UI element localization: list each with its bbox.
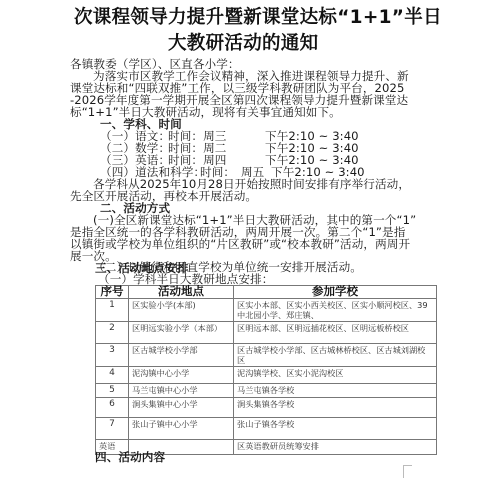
row-schools: 区实小本部、区实小西关校区、区实小顺河校区、39中北园小学、郑庄镇、 xyxy=(234,299,437,322)
row-schools: 区英语教研员统筹安排 xyxy=(234,440,437,455)
row-schools: 涧头集镇各学校 xyxy=(234,398,437,418)
row-schools: 区古城学校小学部、区古城林桥校区、区古城刘湖校区 xyxy=(234,344,437,367)
row-site: 张山子镇中心小学 xyxy=(129,418,234,440)
table-row: 4 泥沟镇中心小学 泥沟镇学校、区实小泥沟校区 xyxy=(96,367,437,384)
row-number: 5 xyxy=(96,384,129,398)
row-schools: 泥沟镇学校、区实小泥沟校区 xyxy=(234,367,437,384)
row-site: 泥沟镇中心小学 xyxy=(129,367,234,384)
row-site: 区古城学校小学部 xyxy=(129,344,234,367)
row-number: 1 xyxy=(96,299,129,322)
table-row: 7 张山子镇中心小学 张山子镇各学校 xyxy=(96,418,437,440)
row-site: 区实验小学(本部) xyxy=(129,299,234,322)
table-row: 5 马兰屯镇中心小学 马兰屯镇各学校 xyxy=(96,384,437,398)
row-site: 涧头集镇中心小学 xyxy=(129,398,234,418)
table-header-row: 序号 活动地点 参加学校 xyxy=(96,286,437,299)
page-corner-mark xyxy=(403,465,412,478)
table-row: 2 区明远实验小学（本部） 区明远本部、区明远插花校区、区明远板桥校区 xyxy=(96,322,437,344)
row-number: 3 xyxy=(96,344,129,367)
row-site: 马兰屯镇中心小学 xyxy=(129,384,234,398)
column-header-schools: 参加学校 xyxy=(234,286,437,299)
row-number: 6 xyxy=(96,398,129,418)
column-header-site: 活动地点 xyxy=(129,286,234,299)
row-schools: 区明远本部、区明远插花校区、区明远板桥校区 xyxy=(234,322,437,344)
notice-title-line2: 大教研活动的通知 xyxy=(168,29,318,55)
location-table: 序号 活动地点 参加学校 1 区实验小学(本部) 区实小本部、区实小西关校区、区… xyxy=(95,285,437,455)
column-header-number: 序号 xyxy=(96,286,129,299)
row-number: 4 xyxy=(96,367,129,384)
row-schools: 张山子镇各学校 xyxy=(234,418,437,440)
table-row: 1 区实验小学(本部) 区实小本部、区实小西关校区、区实小顺河校区、39中北园小… xyxy=(96,299,437,322)
table-row: 3 区古城学校小学部 区古城学校小学部、区古城林桥校区、区古城刘湖校区 xyxy=(96,344,437,367)
notice-title-line1: 次课程领导力提升暨新课堂达标“1+1”半日 xyxy=(74,3,442,29)
row-number: 2 xyxy=(96,322,129,344)
row-site: 区明远实验小学（本部） xyxy=(129,322,234,344)
row-number: 7 xyxy=(96,418,129,440)
section-heading-content: 四、活动内容 xyxy=(95,451,165,464)
activity-mode-para: 以镇街或学校为单位组织的“片区教研”或“校本教研”活动，两周开 xyxy=(70,238,410,251)
row-schools: 马兰屯镇各学校 xyxy=(234,384,437,398)
table-row: 6 涧头集镇中心小学 涧头集镇各学校 xyxy=(96,398,437,418)
